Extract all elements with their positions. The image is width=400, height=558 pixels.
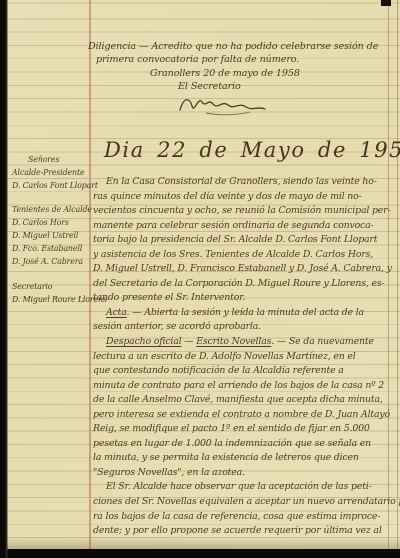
body-line: Reig, se modifique el pacto 1º en el sen… [93,422,393,437]
underlined-term: Despacho oficial [106,336,181,347]
body-line: "Seguros Novellas", en la azotea. [93,466,393,481]
minutes-body: En la Casa Consistorial de Granollers, s… [93,175,393,539]
body-line: pero interesa se extienda el contrato a … [93,408,393,423]
session-date-title: Dia 22 de Mayo de 1958 [104,138,394,162]
attendee-group-title: Secretario [12,280,92,293]
body-line: manente para celebrar sesión ordinaria d… [93,219,393,234]
body-line: que contestando notificación de la Alcal… [93,364,393,379]
body-line-acta: Acta. — Abierta la sesión y leída la min… [93,306,393,321]
body-line: tando presente el Sr. Interventor. [93,291,393,306]
attendees-column: Señores Alcalde-Presidente D. Carlos Fon… [12,153,92,306]
body-line: y asistencia de los Sres. Tenientes de A… [93,248,393,263]
body-line: El Sr. Alcalde hace observar que la acep… [93,480,393,495]
attendee-name: D. Carlos Font Llopart [12,179,92,192]
body-line-text: . — Se da nuevamente [271,336,374,347]
body-line-text: — [181,336,196,347]
place-date-line: Granollers 20 de mayo de 1958 [88,67,388,80]
minutes-book-page: Diligencia — Acredito que no ha podido c… [0,0,400,558]
body-line: ra los bajos de la casa de referencia, c… [93,510,393,525]
diligencia-line: Diligencia — Acredito que no ha podido c… [88,40,388,53]
attendee-name: D. Fco. Estabanell [12,242,92,255]
scan-bottom-edge [0,549,400,558]
attendee-name: D. Carlos Hors [12,216,92,229]
attendee-name: D. Miguel Roure Llorens [12,293,92,306]
body-line: En la Casa Consistorial de Granollers, s… [93,175,393,190]
body-line: minuta de contrato para el arriendo de l… [93,379,393,394]
attendee-name: D. Miguel Ustrell [12,229,92,242]
body-line: pesetas en lugar de 1.000 la indemnizaci… [93,437,393,452]
attendees-heading: Señores [12,153,92,166]
attendee-group-alcalde: Alcalde-Presidente D. Carlos Font Llopar… [12,166,92,192]
body-line: vecientos cincuenta y ocho, se reunió la… [93,204,393,219]
scan-bottom-shadow [0,537,400,549]
body-line-despacho: Despacho oficial — Escrito Novellas. — S… [93,335,393,350]
underlined-term: Escrito Novellas [196,336,271,347]
underlined-term: Acta [106,307,127,318]
body-line-text: . — Abierta la sesión y leída la minuta … [127,307,364,318]
body-line: D. Miguel Ustrell, D. Francisco Estabane… [93,262,393,277]
body-line: lectura a un escrito de D. Adolfo Novell… [93,350,393,365]
body-line: la minuta, y se permita la existencia de… [93,451,393,466]
page-edge-line [397,0,398,550]
scan-corner-mark [381,0,391,6]
body-line: ras quince minutos del día veinte y dos … [93,190,393,205]
body-line: del Secretario de la Corporación D. Migu… [93,277,393,292]
attendee-group-secretario: Secretario D. Miguel Roure Llorens [12,280,92,306]
attendee-name: D. José A. Cabrera [12,255,92,268]
diligencia-line: primera convocatoria por falta de número… [88,53,388,66]
body-line: sesión anterior, se acordó aprobarla. [93,320,393,335]
secretary-signature-icon [88,92,388,122]
body-line: toria bajo la presidencia del Sr. Alcald… [93,233,393,248]
diligencia-note: Diligencia — Acredito que no ha podido c… [88,40,388,122]
body-line: ciones del Sr. Novellas equivalen a acep… [93,495,393,510]
scan-left-edge [0,0,8,558]
attendee-group-tenientes: Tenientes de Alcalde D. Carlos Hors D. M… [12,203,92,268]
attendee-group-title: Alcalde-Presidente [12,166,92,179]
attendee-group-title: Tenientes de Alcalde [12,203,92,216]
body-line: de la calle Anselmo Clavé, manifiesta qu… [93,393,393,408]
